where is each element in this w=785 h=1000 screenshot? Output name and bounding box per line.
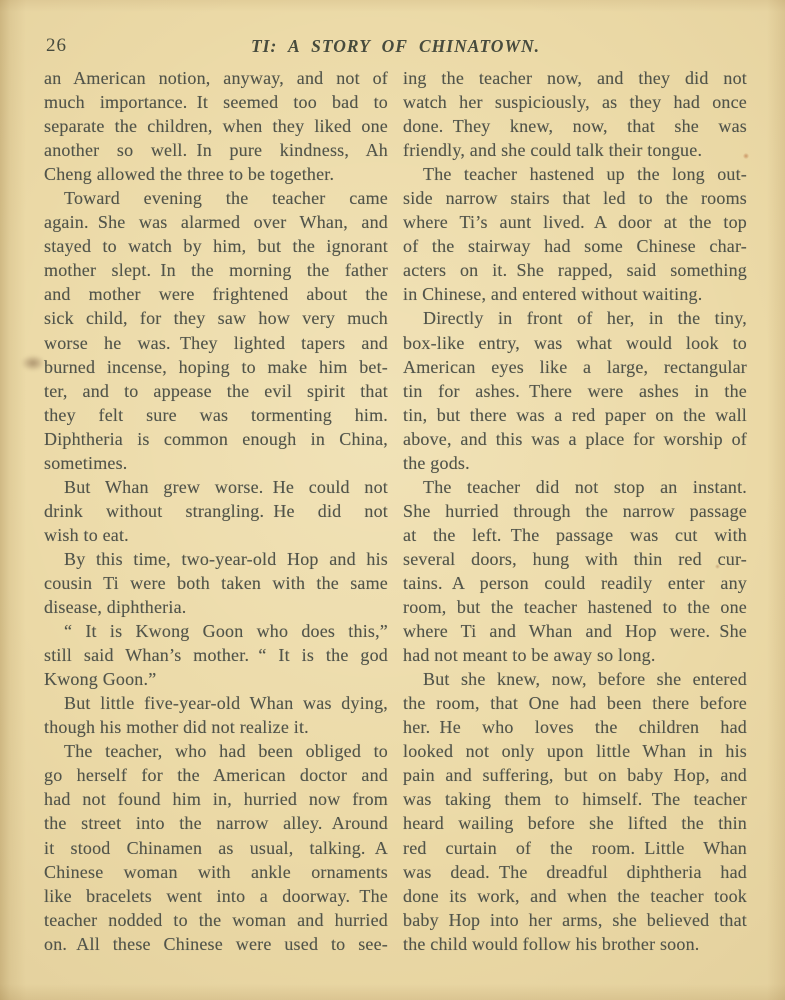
text-line: The teacher hastened up the long out- [403,162,747,186]
text-line: heard wailing before she lifted the thin [403,811,747,835]
text-line: done its work, and when the teacher took [403,884,747,908]
text-line: was dead. The dreadful diphtheria had [403,860,747,884]
text-line: an American notion, anyway, and not of [44,66,388,90]
text-line: side narrow stairs that led to the rooms [403,186,747,210]
text-line: “ It is Kwong Goon who does this,” [44,619,388,643]
text-line: her. He who loves the children had [403,715,747,739]
running-title: TI: A STORY OF CHINATOWN. [44,34,747,57]
text-line: worse he was. They lighted tapers and [44,331,388,355]
text-column-left: an American notion, anyway, and not ofmu… [44,66,388,956]
text-line: though his mother did not realize it. [44,715,388,739]
text-line: But Whan grew worse. He could not [44,475,388,499]
text-line: above, and this was a place for worship … [403,427,747,451]
text-line: red curtain of the room. Little Whan [403,836,747,860]
text-line: done. They knew, now, that she was [403,114,747,138]
text-line: drink without strangling. He did not [44,499,388,523]
text-line: Kwong Goon.” [44,667,388,691]
text-line: The teacher did not stop an instant. [403,475,747,499]
text-line: friendly, and she could talk their tongu… [403,138,747,162]
text-line: another so well. In pure kindness, Ah [44,138,388,162]
ink-smudge [21,355,45,371]
book-page: 26 TI: A STORY OF CHINATOWN. an American… [0,0,785,1000]
text-line: Cheng allowed the three to be together. [44,162,388,186]
text-line: By this time, two-year-old Hop and his [44,547,388,571]
text-line: But little five-year-old Whan was dying, [44,691,388,715]
text-line: The teacher, who had been obliged to [44,739,388,763]
page-number: 26 [46,35,67,57]
text-line: sick child, for they saw how very much [44,306,388,330]
text-line: looked not only upon little Whan in his [403,739,747,763]
text-line: where Ti’s aunt lived. A door at the top [403,210,747,234]
text-line: sometimes. [44,451,388,475]
text-line: in Chinese, and entered without waiting. [403,282,747,306]
text-line: separate the children, when they liked o… [44,114,388,138]
text-line: Chinese woman with ankle ornaments [44,860,388,884]
text-line: several doors, hung with thin red cur- [403,547,747,571]
text-line: watch her suspiciously, as they had once [403,90,747,114]
text-column-right: ing the teacher now, and they did notwat… [403,66,747,956]
text-line: again. She was alarmed over Whan, and [44,210,388,234]
text-line: it stood Chinamen as usual, talking. A [44,836,388,860]
text-line: stayed to watch by him, but the ignorant [44,234,388,258]
text-line: wish to eat. [44,523,388,547]
text-line: disease, diphtheria. [44,595,388,619]
text-line: acters on it. She rapped, said something [403,258,747,282]
text-line: Diphtheria is common enough in China, [44,427,388,451]
text-line: was taking them to himself. The teacher [403,787,747,811]
text-line: cousin Ti were both taken with the same [44,571,388,595]
text-line: still said Whan’s mother. “ It is the go… [44,643,388,667]
text-line: Toward evening the teacher came [44,186,388,210]
text-line: had not found him in, hurried now from [44,787,388,811]
text-line: But she knew, now, before she entered [403,667,747,691]
text-line: Directly in front of her, in the tiny, [403,306,747,330]
text-line: pain and suffering, but on baby Hop, and [403,763,747,787]
text-line: they felt sure was tormenting him. [44,403,388,427]
text-line: mother slept. In the morning the father [44,258,388,282]
text-line: ter, and to appease the evil spirit that [44,379,388,403]
text-line: much importance. It seemed too bad to [44,90,388,114]
text-line: burned incense, hoping to make him bet- [44,355,388,379]
text-line: tin for ashes. There were ashes in the [403,379,747,403]
text-line: of the stairway had some Chinese char- [403,234,747,258]
text-line: the room, that One had been there before [403,691,747,715]
text-line: room, but the teacher hastened to the on… [403,595,747,619]
text-columns: an American notion, anyway, and not ofmu… [44,66,747,956]
text-line: the gods. [403,451,747,475]
text-line: American eyes like a large, rectangular [403,355,747,379]
text-line: had not meant to be away so long. [403,643,747,667]
text-line: on. All these Chinese were used to see- [44,932,388,956]
text-line: where Ti and Whan and Hop were. She [403,619,747,643]
text-line: tains. A person could readily enter any [403,571,747,595]
text-line: She hurried through the narrow passage [403,499,747,523]
text-line: teacher nodded to the woman and hurried [44,908,388,932]
text-line: tin, but there was a red paper on the wa… [403,403,747,427]
text-line: and mother were frightened about the [44,282,388,306]
text-line: box-like entry, was what would look to [403,331,747,355]
text-line: baby Hop into her arms, she believed tha… [403,908,747,932]
text-line: like bracelets went into a doorway. The [44,884,388,908]
text-line: the child would follow his brother soon. [403,932,747,956]
text-line: ing the teacher now, and they did not [403,66,747,90]
text-line: the street into the narrow alley. Around [44,811,388,835]
text-line: at the left. The passage was cut with [403,523,747,547]
text-line: go herself for the American doctor and [44,763,388,787]
page-header: 26 TI: A STORY OF CHINATOWN. [44,34,747,60]
